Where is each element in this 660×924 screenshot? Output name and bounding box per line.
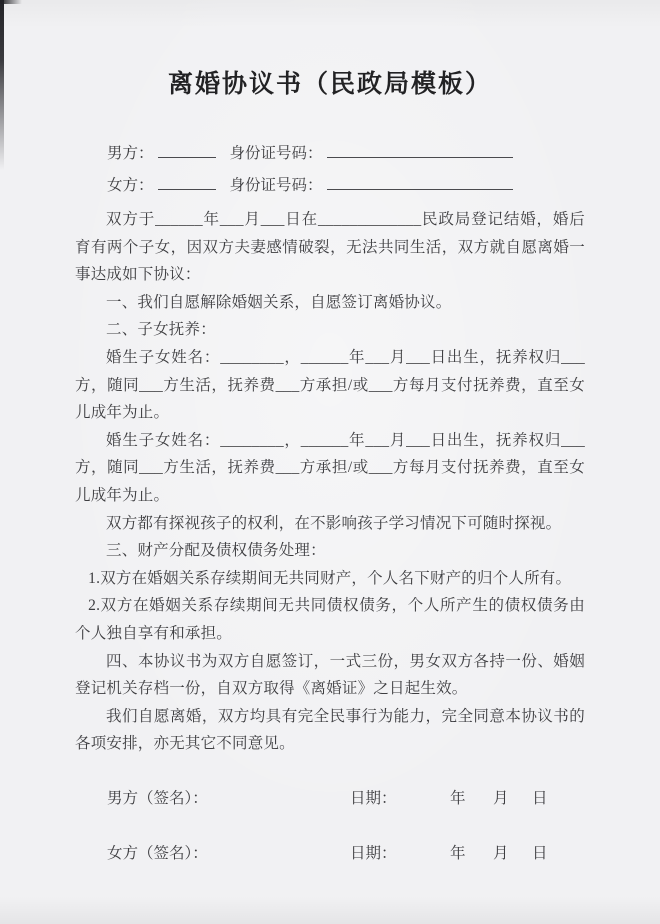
paragraph-clause-1-dissolution: 一、我们自愿解除婚姻关系，自愿签订离婚协议。 xyxy=(75,289,585,317)
document-content: 离婚协议书（民政局模板） 男方：身份证号码： 女方：身份证号码： 双方于____… xyxy=(75,0,585,865)
husband-date-label: 日期： xyxy=(350,788,397,810)
paragraph-clause-3-property-heading: 三、财产分配及债权债务处理： xyxy=(75,537,585,565)
husband-year-label: 年 xyxy=(450,788,466,810)
wife-info-row: 女方：身份证号码： xyxy=(75,170,585,202)
paragraph-property-item-1: 1.双方在婚姻关系存续期间无共同财产，个人名下财产的归个人所有。 xyxy=(75,565,585,593)
paragraph-visitation-rights: 双方都有探视孩子的权利，在不影响孩子学习情况下可随时探视。 xyxy=(75,510,585,538)
husband-signature-label: 男方（签名）： xyxy=(107,790,208,807)
wife-day-label: 日 xyxy=(532,843,548,865)
paragraph-voluntary-statement: 我们自愿离婚，双方均具有完全民事行为能力，完全同意本协议书的各项安排，亦无其它不… xyxy=(75,703,585,758)
husband-name-blank xyxy=(158,143,216,158)
husband-label: 男方： xyxy=(107,145,154,162)
paragraph-clause-2-custody-heading: 二、子女抚养： xyxy=(75,316,585,344)
document-page: 离婚协议书（民政局模板） 男方：身份证号码： 女方：身份证号码： 双方于____… xyxy=(0,0,660,924)
husband-month-label: 月 xyxy=(493,788,509,810)
wife-id-blank xyxy=(327,175,513,190)
wife-name-blank xyxy=(158,175,216,190)
wife-month-label: 月 xyxy=(493,843,509,865)
paragraph-property-item-2: 2.双方在婚姻关系存续期间无共同债权债务，个人所产生的债权债务由个人独自享有和承… xyxy=(75,592,585,647)
agreement-body: 双方于______年___月___日在_____________民政局登记结婚，… xyxy=(75,206,585,758)
paragraph-clause-4-copies-effective: 四、本协议书为双方自愿签订，一式三份，男女双方各持一份、婚姻登记机关存档一份，自… xyxy=(75,648,585,703)
husband-id-blank xyxy=(327,143,513,158)
husband-signature-row: 男方（签名）： 日期： 年 月 日 xyxy=(75,788,585,810)
wife-date-label: 日期： xyxy=(350,843,397,865)
party-info-section: 男方：身份证号码： 女方：身份证号码： xyxy=(75,138,585,202)
paragraph-marriage-intro: 双方于______年___月___日在_____________民政局登记结婚，… xyxy=(75,206,585,289)
wife-year-label: 年 xyxy=(450,843,466,865)
wife-id-label: 身份证号码： xyxy=(230,177,323,194)
photo-edge-artifact-top xyxy=(0,0,22,4)
wife-signature-row: 女方（签名）： 日期： 年 月 日 xyxy=(75,843,585,865)
husband-id-label: 身份证号码： xyxy=(230,145,323,162)
wife-signature-label: 女方（签名）： xyxy=(107,845,208,862)
husband-day-label: 日 xyxy=(532,788,548,810)
photo-edge-artifact-left xyxy=(0,0,4,170)
document-title: 离婚协议书（民政局模板） xyxy=(75,64,585,100)
paragraph-child-1-custody: 婚生子女姓名：________，______年___月___日出生，抚养权归__… xyxy=(75,344,585,427)
wife-label: 女方： xyxy=(107,177,154,194)
signature-section: 男方（签名）： 日期： 年 月 日 女方（签名）： 日期： 年 月 日 xyxy=(75,788,585,865)
paragraph-child-2-custody: 婚生子女姓名：________，______年___月___日出生，抚养权归__… xyxy=(75,427,585,510)
husband-info-row: 男方：身份证号码： xyxy=(75,138,585,170)
